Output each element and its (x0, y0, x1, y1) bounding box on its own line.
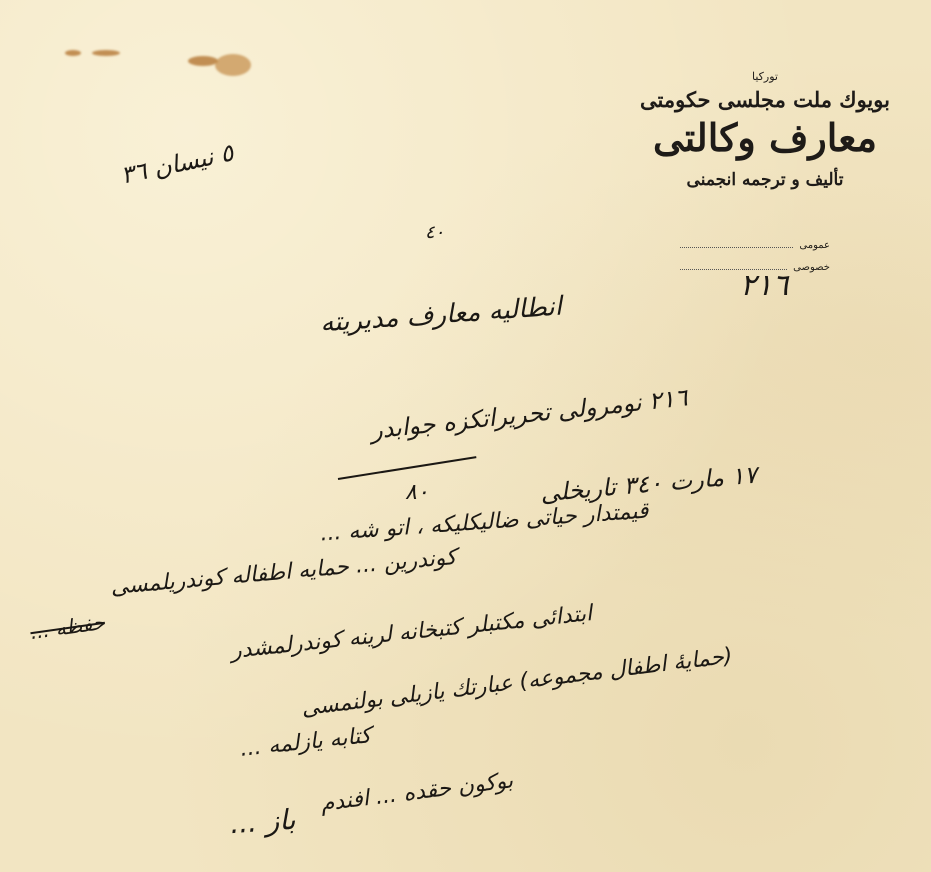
letterhead-ornament: تورکیا (640, 70, 890, 83)
stain-mark (65, 50, 81, 56)
body-line: ٨٠ (405, 480, 429, 505)
letterhead-ministry: معارف وکالتی (640, 115, 890, 161)
body-line: قیمتدار حیاتی ضالیکلیکه ، اتو شه ... (320, 499, 650, 547)
stain-mark (188, 56, 218, 66)
letterhead-government: بویوك ملت مجلسی حکومتی (640, 85, 890, 115)
letterhead-department: تألیف و ترجمه انجمنی (640, 165, 890, 195)
register-dotted-line (680, 247, 793, 248)
addressee: انطالیه معارف مدیریته (319, 292, 563, 339)
subject-mark: ٤٠ (425, 222, 444, 243)
letterhead: تورکیا بویوك ملت مجلسی حکومتی معارف وکال… (640, 70, 890, 195)
struck-text: حفظه ... (29, 610, 107, 644)
body-line: ٢١٦ نومرولی تحریراتکزه جوابدر (369, 383, 688, 444)
body-line: بوکون حقده ... افندم (319, 768, 514, 816)
body-line: ابتدائی مکتبلر کتبخانه لرینه کوندرلمشدر (230, 601, 594, 664)
signature: باز ... (229, 803, 297, 840)
body-line: ١٧ مارت ٣٤٠ تاریخلی (539, 461, 758, 508)
underline-stroke (338, 456, 477, 480)
register-number: ٢١٦ (740, 268, 788, 303)
stain-mark (215, 54, 251, 76)
register-field-general: عمومی (680, 240, 830, 251)
body-line: کوندرین ... حمایه اطفاله کوندریلمسی (110, 545, 458, 600)
body-line: (حمایهٔ اطفال مجموعه) عبارتك یازیلی بولن… (300, 644, 734, 722)
register-label: عمومی (799, 240, 830, 251)
stain-mark (92, 50, 120, 56)
register-label: خصوصی (793, 262, 830, 273)
body-line: کتابه یازلمه ... (239, 723, 372, 762)
letter-page: تورکیا بویوك ملت مجلسی حکومتی معارف وکال… (0, 0, 931, 872)
date-note: ٥ نیسان ٣٦ (118, 138, 236, 189)
